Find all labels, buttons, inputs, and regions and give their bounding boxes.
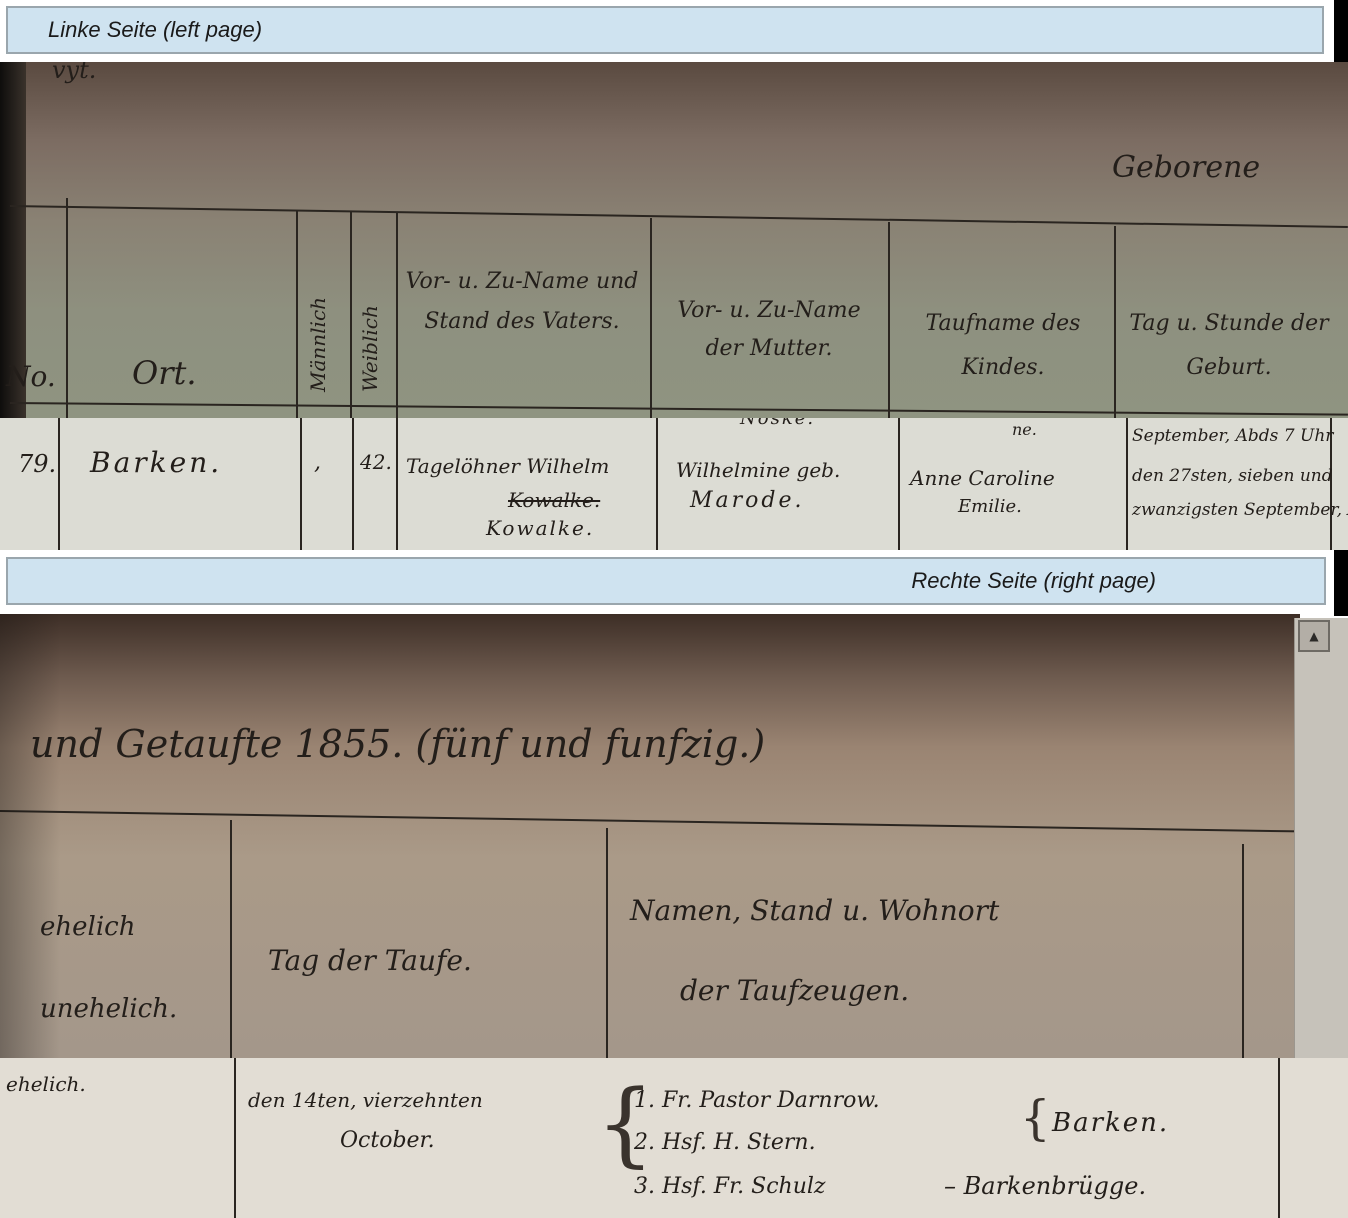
col-divider <box>898 418 900 550</box>
col-header-geburt: Tag u. Stunde der Geburt. <box>1124 302 1334 390</box>
col-header-paten-line2: der Taufzeugen. <box>680 974 909 1007</box>
entry-pate-3-place: – Barkenbrügge. <box>944 1172 1146 1200</box>
col-divider <box>396 213 398 418</box>
col-divider <box>352 418 354 550</box>
entry-taufe-line1: den 14ten, vierzehnten <box>248 1088 483 1112</box>
entry-pate-3: 3. Hsf. Fr. Schulz <box>634 1174 826 1199</box>
col-header-taufe: Tag der Taufe. <box>268 944 472 977</box>
table-top-rule <box>10 205 1348 228</box>
col-divider <box>234 1058 236 1218</box>
paten-group-brace: { <box>1020 1094 1051 1142</box>
page-title-fragment: Geborene <box>1112 150 1260 185</box>
col-header-vater: Vor- u. Zu-Name und Stand des Vaters. <box>404 262 640 342</box>
col-header-ort: Ort. <box>132 354 197 392</box>
col-divider <box>230 820 232 1058</box>
frame-edge <box>1334 0 1348 62</box>
entry-geburt-line2: den 27sten, sieben und <box>1132 466 1333 486</box>
left-page-label-text: Linke Seite (left page) <box>48 17 262 43</box>
entry-pate-1: 1. Fr. Pastor Darnrow. <box>634 1088 880 1113</box>
col-divider <box>1114 226 1116 418</box>
scrollbar-track[interactable] <box>1294 618 1348 1058</box>
col-divider <box>1278 1058 1280 1218</box>
table-top-rule <box>0 810 1300 832</box>
col-header-weiblich: Weiblich <box>358 305 382 392</box>
col-header-unehelich: unehelich. <box>40 994 177 1024</box>
col-divider <box>300 418 302 550</box>
col-divider <box>66 198 68 418</box>
entry-maennlich: , <box>314 450 321 475</box>
col-divider <box>396 418 398 550</box>
entry-geburt-line1: September, Abds 7 Uhr <box>1132 426 1333 446</box>
entry-ehelich: ehelich. <box>6 1072 86 1096</box>
entry-mutter-line2: Marode. <box>690 488 805 513</box>
entry-taufe-line2: October. <box>340 1128 435 1153</box>
entry-taufname-fragment: ne. <box>1012 420 1037 439</box>
col-header-ehelich: ehelich <box>40 912 135 942</box>
left-page-header-image: vyt. Geborene No. Ort. Männlich Weiblich… <box>0 62 1348 418</box>
corner-fragment: vyt. <box>52 62 96 84</box>
left-page-label: Linke Seite (left page) <box>6 6 1324 54</box>
right-page-label: Rechte Seite (right page) <box>6 557 1326 605</box>
left-page-entry-row: 79. Barken. , 42. Tagelöhner Wilhelm Kow… <box>0 418 1348 550</box>
col-divider <box>350 212 352 418</box>
scroll-up-button[interactable]: ▲ <box>1298 620 1330 652</box>
col-divider <box>606 828 608 1058</box>
col-divider <box>1242 844 1244 1058</box>
entry-taufname-line2: Emilie. <box>958 496 1022 517</box>
entry-ort: Barken. <box>90 446 222 479</box>
entry-paten-group-place: Barken. <box>1052 1108 1169 1138</box>
frame-edge <box>1334 550 1348 616</box>
entry-weiblich: 42. <box>360 450 392 474</box>
col-divider <box>650 218 652 418</box>
entry-no: 79. <box>18 450 56 478</box>
col-header-taufname: Taufname des Kindes. <box>900 302 1106 390</box>
col-header-paten-line1: Namen, Stand u. Wohnort <box>630 894 999 927</box>
right-page-entry-row: ehelich. den 14ten, vierzehnten October.… <box>0 1058 1348 1218</box>
entry-vater-line3: Kowalke. <box>486 516 594 540</box>
right-page-title: und Getaufte 1855. (fünf und funfzig.) <box>30 722 765 766</box>
right-page-label-text: Rechte Seite (right page) <box>911 568 1156 594</box>
col-header-maennlich: Männlich <box>306 297 330 392</box>
entry-mutter-line1: Wilhelmine geb. <box>676 458 840 482</box>
entry-taufname-line1: Anne Caroline <box>910 466 1055 490</box>
col-divider <box>58 418 60 550</box>
right-page-header-image: und Getaufte 1855. (fünf und funfzig.) e… <box>0 614 1300 1058</box>
entry-mutter-fragment: Noske. <box>740 418 815 429</box>
entry-vater-struck: Kowalke. <box>508 488 600 512</box>
col-divider <box>656 418 658 550</box>
entry-geburt-line3: zwanzigsten September, Abds <box>1132 500 1348 520</box>
entry-vater-line1: Tagelöhner Wilhelm <box>406 454 609 478</box>
col-divider <box>888 222 890 418</box>
scroll-up-arrow-icon: ▲ <box>1309 629 1318 643</box>
header-bottom-rule <box>10 402 1348 416</box>
col-header-no: No. <box>6 360 56 393</box>
col-divider <box>296 210 298 418</box>
col-divider <box>1126 418 1128 550</box>
entry-pate-2: 2. Hsf. H. Stern. <box>634 1130 816 1155</box>
col-header-mutter: Vor- u. Zu-Name der Mutter. <box>664 292 874 368</box>
